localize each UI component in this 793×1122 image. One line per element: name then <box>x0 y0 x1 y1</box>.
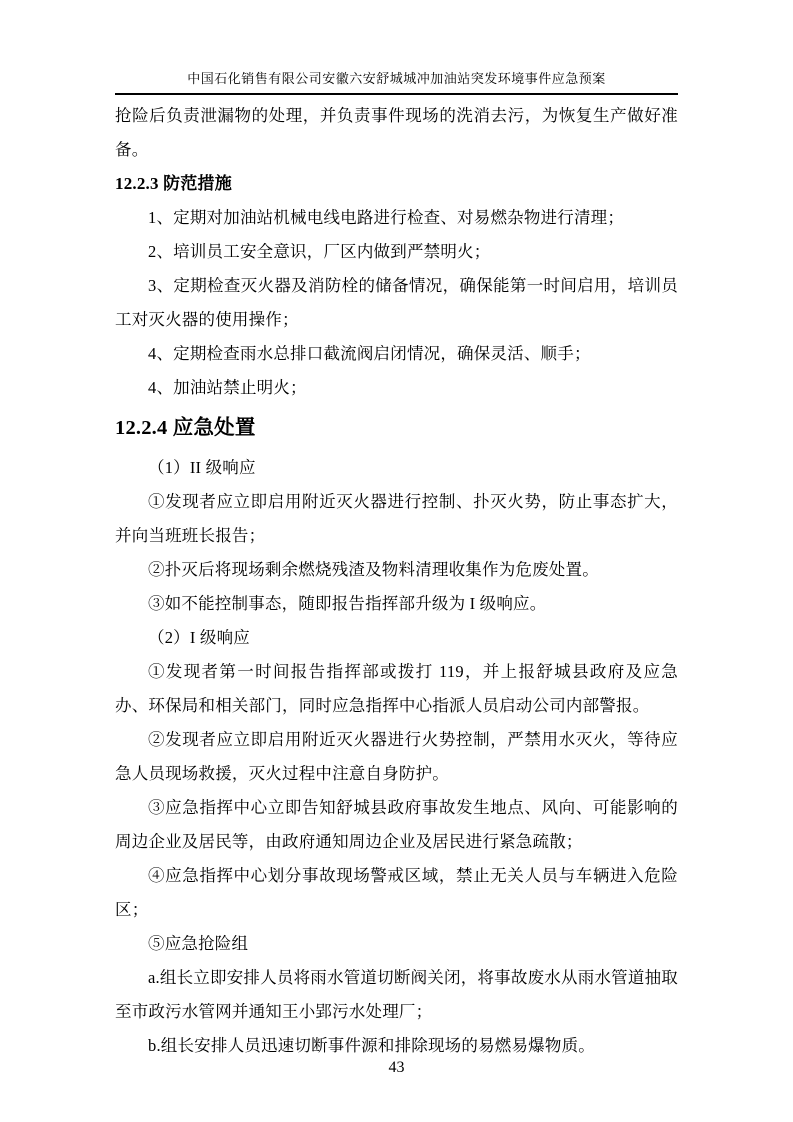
document-page: 中国石化销售有限公司安徽六安舒城城冲加油站突发环境事件应急预案 抢险后负责泄漏物… <box>0 0 793 1122</box>
paragraph: （2）I 级响应 <box>115 621 678 655</box>
paragraph: ③如不能控制事态，随即报告指挥部升级为 I 级响应。 <box>115 587 678 621</box>
paragraph: ③应急指挥中心立即告知舒城县政府事故发生地点、风向、可能影响的周边企业及居民等，… <box>115 791 678 859</box>
paragraph: 4、定期检查雨水总排口截流阀启闭情况，确保灵活、顺手； <box>115 337 678 371</box>
paragraph: 3、定期检查灭火器及消防栓的储备情况，确保能第一时间启用，培训员工对灭火器的使用… <box>115 269 678 337</box>
paragraph: ①发现者应立即启用附近灭火器进行控制、扑灭火势，防止事态扩大，并向当班班长报告； <box>115 485 678 553</box>
section-heading: 12.2.4 应急处置 <box>115 408 678 448</box>
header-title: 中国石化销售有限公司安徽六安舒城城冲加油站突发环境事件应急预案 <box>115 71 678 95</box>
page-footer: 43 <box>0 1059 793 1077</box>
paragraph: b.组长安排人员迅速切断事件源和排除现场的易燃易爆物质。 <box>115 1029 678 1063</box>
page-header: 中国石化销售有限公司安徽六安舒城城冲加油站突发环境事件应急预案 <box>115 0 678 95</box>
page-number: 43 <box>389 1059 405 1076</box>
paragraph: ⑤应急抢险组 <box>115 927 678 961</box>
paragraph: ②发现者应立即启用附近灭火器进行火势控制，严禁用水灭火，等待应急人员现场救援，灭… <box>115 723 678 791</box>
paragraph: 2、培训员工安全意识，厂区内做到严禁明火； <box>115 235 678 269</box>
paragraph: a.组长立即安排人员将雨水管道切断阀关闭，将事故废水从雨水管道抽取至市政污水管网… <box>115 961 678 1029</box>
paragraph: ①发现者第一时间报告指挥部或拨打 119，并上报舒城县政府及应急办、环保局和相关… <box>115 655 678 723</box>
paragraph: 4、加油站禁止明火； <box>115 371 678 405</box>
paragraph: ④应急指挥中心划分事故现场警戒区域，禁止无关人员与车辆进入危险区； <box>115 859 678 927</box>
paragraph: 抢险后负责泄漏物的处理，并负责事件现场的洗消去污，为恢复生产做好准备。 <box>115 99 678 167</box>
paragraph: （1）II 级响应 <box>115 451 678 485</box>
section-heading: 12.2.3 防范措施 <box>115 167 678 201</box>
document-body: 抢险后负责泄漏物的处理，并负责事件现场的洗消去污，为恢复生产做好准备。12.2.… <box>115 99 678 1063</box>
paragraph: ②扑灭后将现场剩余燃烧残渣及物料清理收集作为危废处置。 <box>115 553 678 587</box>
paragraph: 1、定期对加油站机械电线电路进行检查、对易燃杂物进行清理； <box>115 201 678 235</box>
